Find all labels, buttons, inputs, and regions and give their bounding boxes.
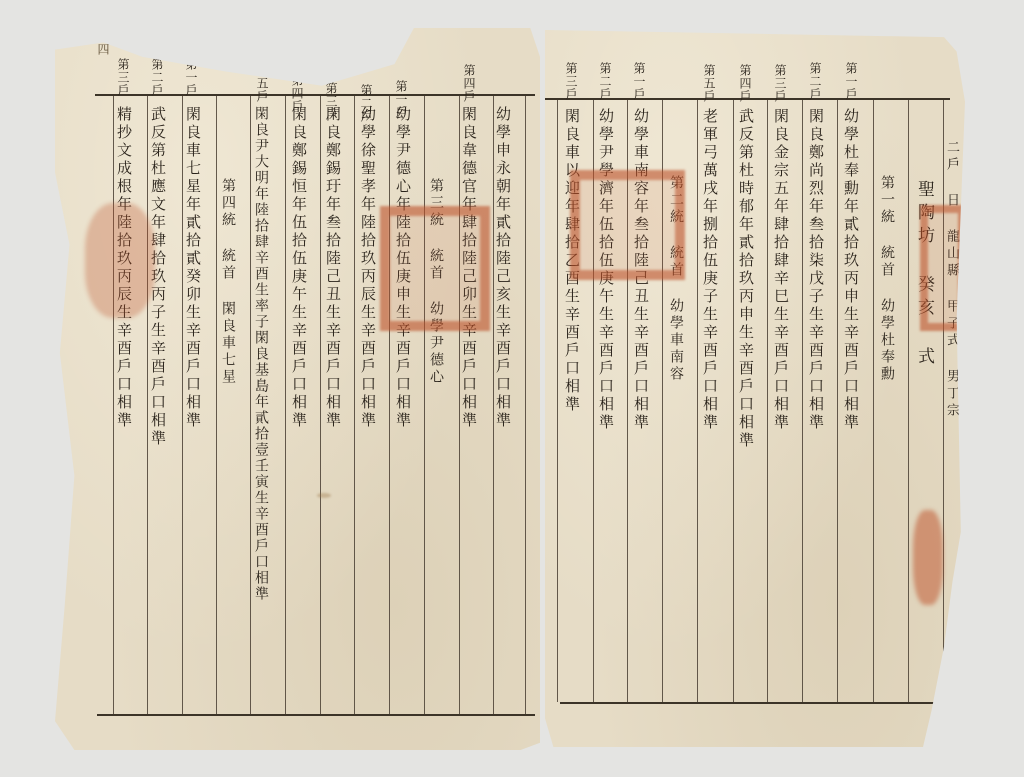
column-rule <box>733 100 734 702</box>
column-rule <box>320 96 321 714</box>
household-entry: 閑良鄭尚烈年叁拾柒戊子生辛酉戶口相準 <box>808 108 823 432</box>
column-rule <box>285 96 286 714</box>
column-rule <box>873 100 874 702</box>
red-seal-fragment <box>85 203 155 318</box>
household-entry: 幼學杜奉勳年貳拾玖丙申生辛酉戶口相準 <box>843 108 858 432</box>
column-rule <box>250 96 251 714</box>
household-header: 第一戶 <box>185 58 197 97</box>
column-rule <box>908 100 909 702</box>
household-entry: 老軍弓萬戌年捌拾伍庚子生辛酉戶口相準 <box>702 108 717 432</box>
tong-head-4: 第四統 統首 閑良車七星 <box>221 178 235 386</box>
household-header: 第三戶 <box>117 58 129 97</box>
column-rule <box>147 96 148 714</box>
household-entry: 閑良車七星年貳拾貳癸卯生辛酉戶口相準 <box>185 106 200 430</box>
household-entry: 武反第杜時郁年貳拾玖丙申生辛酉戶口相準 <box>738 108 753 450</box>
column-rule <box>837 100 838 702</box>
column-rule <box>424 96 425 714</box>
household-header: 第五戶 <box>256 64 268 103</box>
red-seal <box>380 206 490 331</box>
red-seal-fragment <box>913 510 943 605</box>
bottom-rule <box>560 702 938 704</box>
household-entry: 幼學徐聖孝年陸拾玖丙辰生辛酉戶口相準 <box>360 106 375 430</box>
household-header: 第四戶 <box>739 64 751 103</box>
column-rule <box>113 96 114 714</box>
ink-stain <box>317 493 331 498</box>
household-header: 第三戶 <box>565 62 577 101</box>
column-rule <box>354 96 355 714</box>
right-page: 二戶 日 龍山縣 甲子式 男丁宗 聖陶坊 癸亥 式 第一統 統首 幼學杜奉勳 第… <box>545 30 965 747</box>
column-rule <box>525 96 526 714</box>
household-entry: 閑良金宗五年肆拾肆辛巳生辛酉戶口相準 <box>773 108 788 432</box>
household-header: 第一戶 <box>633 62 645 101</box>
red-seal <box>570 170 685 280</box>
household-entry: 閑良尹大明年陸拾肆辛酉生率子閑良基島年貳拾壹壬寅生辛酉戶口相準 <box>254 106 268 602</box>
column-rule <box>389 96 390 714</box>
column-rule <box>182 96 183 714</box>
household-header: 第二戶 <box>599 62 611 101</box>
household-entry: 閑良鄭錫恒年伍拾伍庚午生辛酉戶口相準 <box>291 106 306 430</box>
household-header: 第四戶 <box>463 64 475 103</box>
column-rule <box>802 100 803 702</box>
household-header: 第一戶 <box>845 62 857 101</box>
left-page: 肯四 第四戶 幼學申永朝年貳拾陸己亥生辛酉戶口相準 閑良韋德官年肆拾陸己卯生辛酉… <box>55 28 540 750</box>
household-header: 第二戶 <box>809 62 821 101</box>
column-rule <box>216 96 217 714</box>
tong-head-1: 第一統 統首 幼學杜奉勳 <box>880 175 894 383</box>
red-seal <box>920 205 966 331</box>
household-entry: 閑良鄭錫玗年叁拾陸己丑生辛酉戶口相準 <box>325 106 340 430</box>
bottom-rule <box>97 714 535 716</box>
corner-mark: 肯四 <box>97 30 109 56</box>
column-rule <box>767 100 768 702</box>
household-entry: 幼學申永朝年貳拾陸己亥生辛酉戶口相準 <box>495 106 510 430</box>
household-header: 第二戶 <box>151 58 163 97</box>
column-rule <box>697 100 698 702</box>
household-header: 第五戶 <box>703 64 715 103</box>
column-rule <box>557 100 558 702</box>
household-header: 第三戶 <box>774 64 786 103</box>
